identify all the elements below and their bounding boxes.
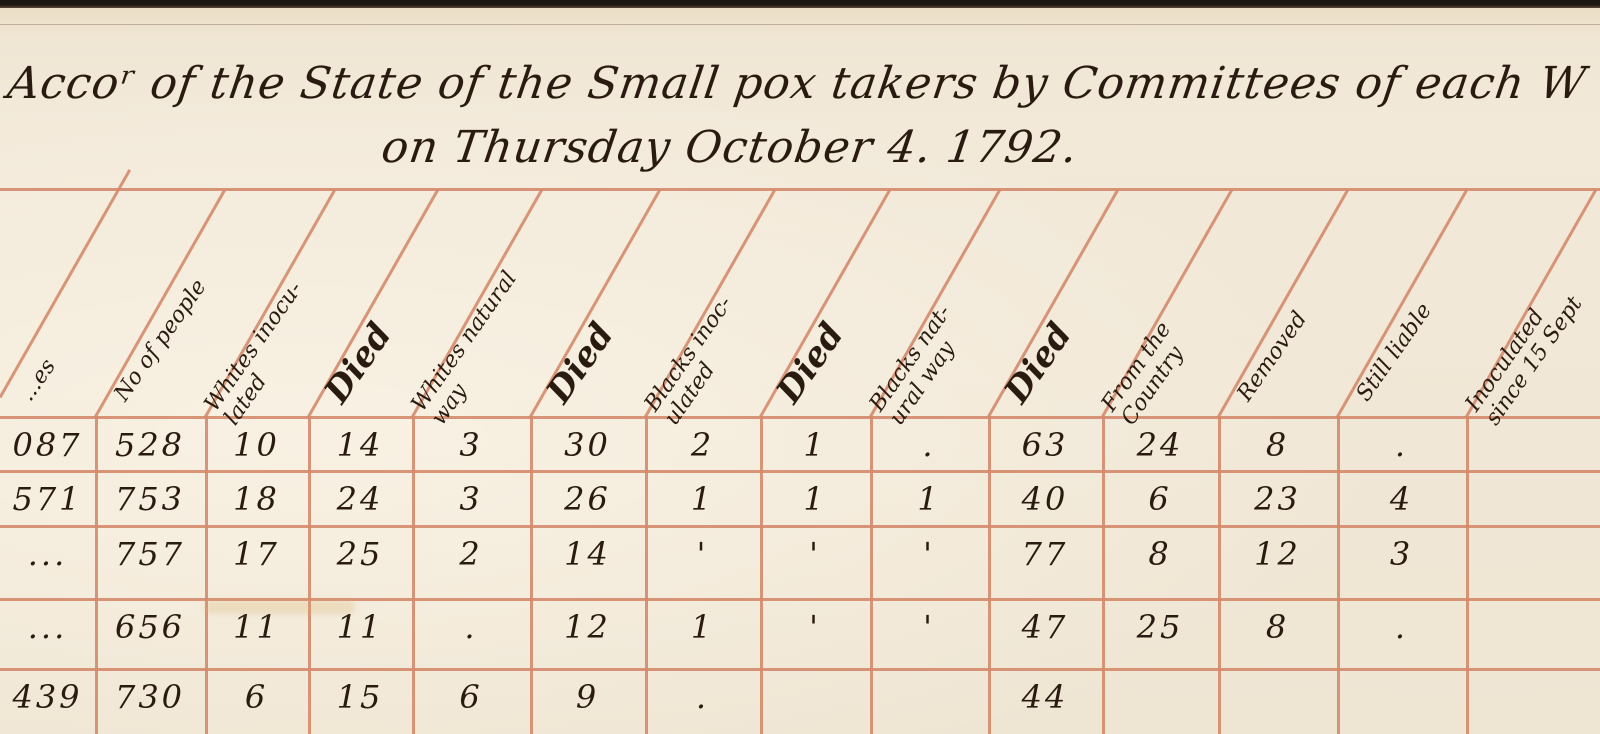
table-cell: 6 — [205, 678, 308, 716]
table-cell: . — [412, 608, 530, 646]
table-cell: 3 — [1337, 535, 1466, 573]
header-top-rule — [0, 188, 1600, 191]
table-cell: . — [870, 426, 988, 464]
table-cell: 3 — [412, 480, 530, 518]
table-cell: . — [645, 678, 760, 716]
column-header: From the Country — [1098, 318, 1196, 430]
table-cell: 23 — [1218, 480, 1337, 518]
table-cell: 087 — [0, 426, 95, 464]
table-cell: 10 — [205, 426, 308, 464]
table-cell: 12 — [1218, 535, 1337, 573]
table-cell: 730 — [95, 678, 205, 716]
table-cell: 25 — [1102, 608, 1218, 646]
table-cell: 47 — [988, 608, 1102, 646]
page-top-rule — [0, 24, 1600, 25]
table-cell: 77 — [988, 535, 1102, 573]
table-cell: 1 — [645, 480, 760, 518]
table-cell: 14 — [308, 426, 412, 464]
row-rule — [0, 525, 1600, 528]
column-header: Blacks inoc- ulated — [641, 292, 757, 430]
table-cell: ' — [870, 535, 988, 573]
table-cell: 439 — [0, 678, 95, 716]
table-cell: 40 — [988, 480, 1102, 518]
table-cell: 1 — [760, 426, 870, 464]
table-cell: 6 — [412, 678, 530, 716]
table-cell: ' — [645, 535, 760, 573]
table-cell: 2 — [645, 426, 760, 464]
column-header: ...es — [15, 355, 61, 406]
table-cell: 753 — [95, 480, 205, 518]
table-cell: 4 — [1337, 480, 1466, 518]
column-header: Whites inocu- lated — [201, 278, 328, 430]
column-header: Whites natural way — [408, 267, 542, 430]
table-cell: 2 — [412, 535, 530, 573]
table-cell: 12 — [530, 608, 645, 646]
table-cell: 63 — [988, 426, 1102, 464]
column-header: Died — [323, 320, 393, 406]
table-cell: 25 — [308, 535, 412, 573]
table-cell: 757 — [95, 535, 205, 573]
ledger-page: Accoʳ of the State of the Small pox take… — [0, 0, 1600, 734]
table-cell: 15 — [308, 678, 412, 716]
table-cell: ' — [760, 535, 870, 573]
column-header: Died — [775, 320, 845, 406]
table-cell: 656 — [95, 608, 205, 646]
table-cell: 6 — [1102, 480, 1218, 518]
table-cell: 1 — [760, 480, 870, 518]
table-cell: 30 — [530, 426, 645, 464]
table-cell: 8 — [1102, 535, 1218, 573]
table-cell: 26 — [530, 480, 645, 518]
table-cell: 528 — [95, 426, 205, 464]
column-rule — [1466, 416, 1469, 734]
table-cell: . — [1337, 608, 1466, 646]
table-cell: 17 — [205, 535, 308, 573]
table-cell: . — [1337, 426, 1466, 464]
table-cell: 3 — [412, 426, 530, 464]
page-top-edge — [0, 0, 1600, 8]
table-cell: 571 — [0, 480, 95, 518]
table-cell: 8 — [1218, 426, 1337, 464]
column-header: Inoculated since 15 Sept — [1462, 279, 1588, 430]
table-cell: ' — [870, 608, 988, 646]
table-cell: 24 — [1102, 426, 1218, 464]
ledger-title: Accoʳ of the State of the Small pox take… — [4, 58, 1589, 109]
row-rule — [0, 470, 1600, 473]
ledger-date: on Thursday October 4. 1792. — [378, 122, 1081, 173]
table-cell: 18 — [205, 480, 308, 518]
column-header: Blacks nat- ural way — [866, 301, 976, 430]
paper-stain — [205, 600, 355, 614]
table-cell: 24 — [308, 480, 412, 518]
table-cell: 14 — [530, 535, 645, 573]
table-cell: ... — [0, 608, 95, 646]
table-cell: 1 — [645, 608, 760, 646]
table-cell: 9 — [530, 678, 645, 716]
row-rule — [0, 668, 1600, 671]
column-header: Died — [545, 320, 615, 406]
header-diagonal-rule — [0, 169, 131, 398]
column-header: Died — [1003, 320, 1073, 406]
table-cell: ... — [0, 535, 95, 573]
table-cell: ' — [760, 608, 870, 646]
table-cell: 8 — [1218, 608, 1337, 646]
table-cell: 1 — [870, 480, 988, 518]
column-header: No of people — [110, 276, 211, 406]
table-cell: 44 — [988, 678, 1102, 716]
